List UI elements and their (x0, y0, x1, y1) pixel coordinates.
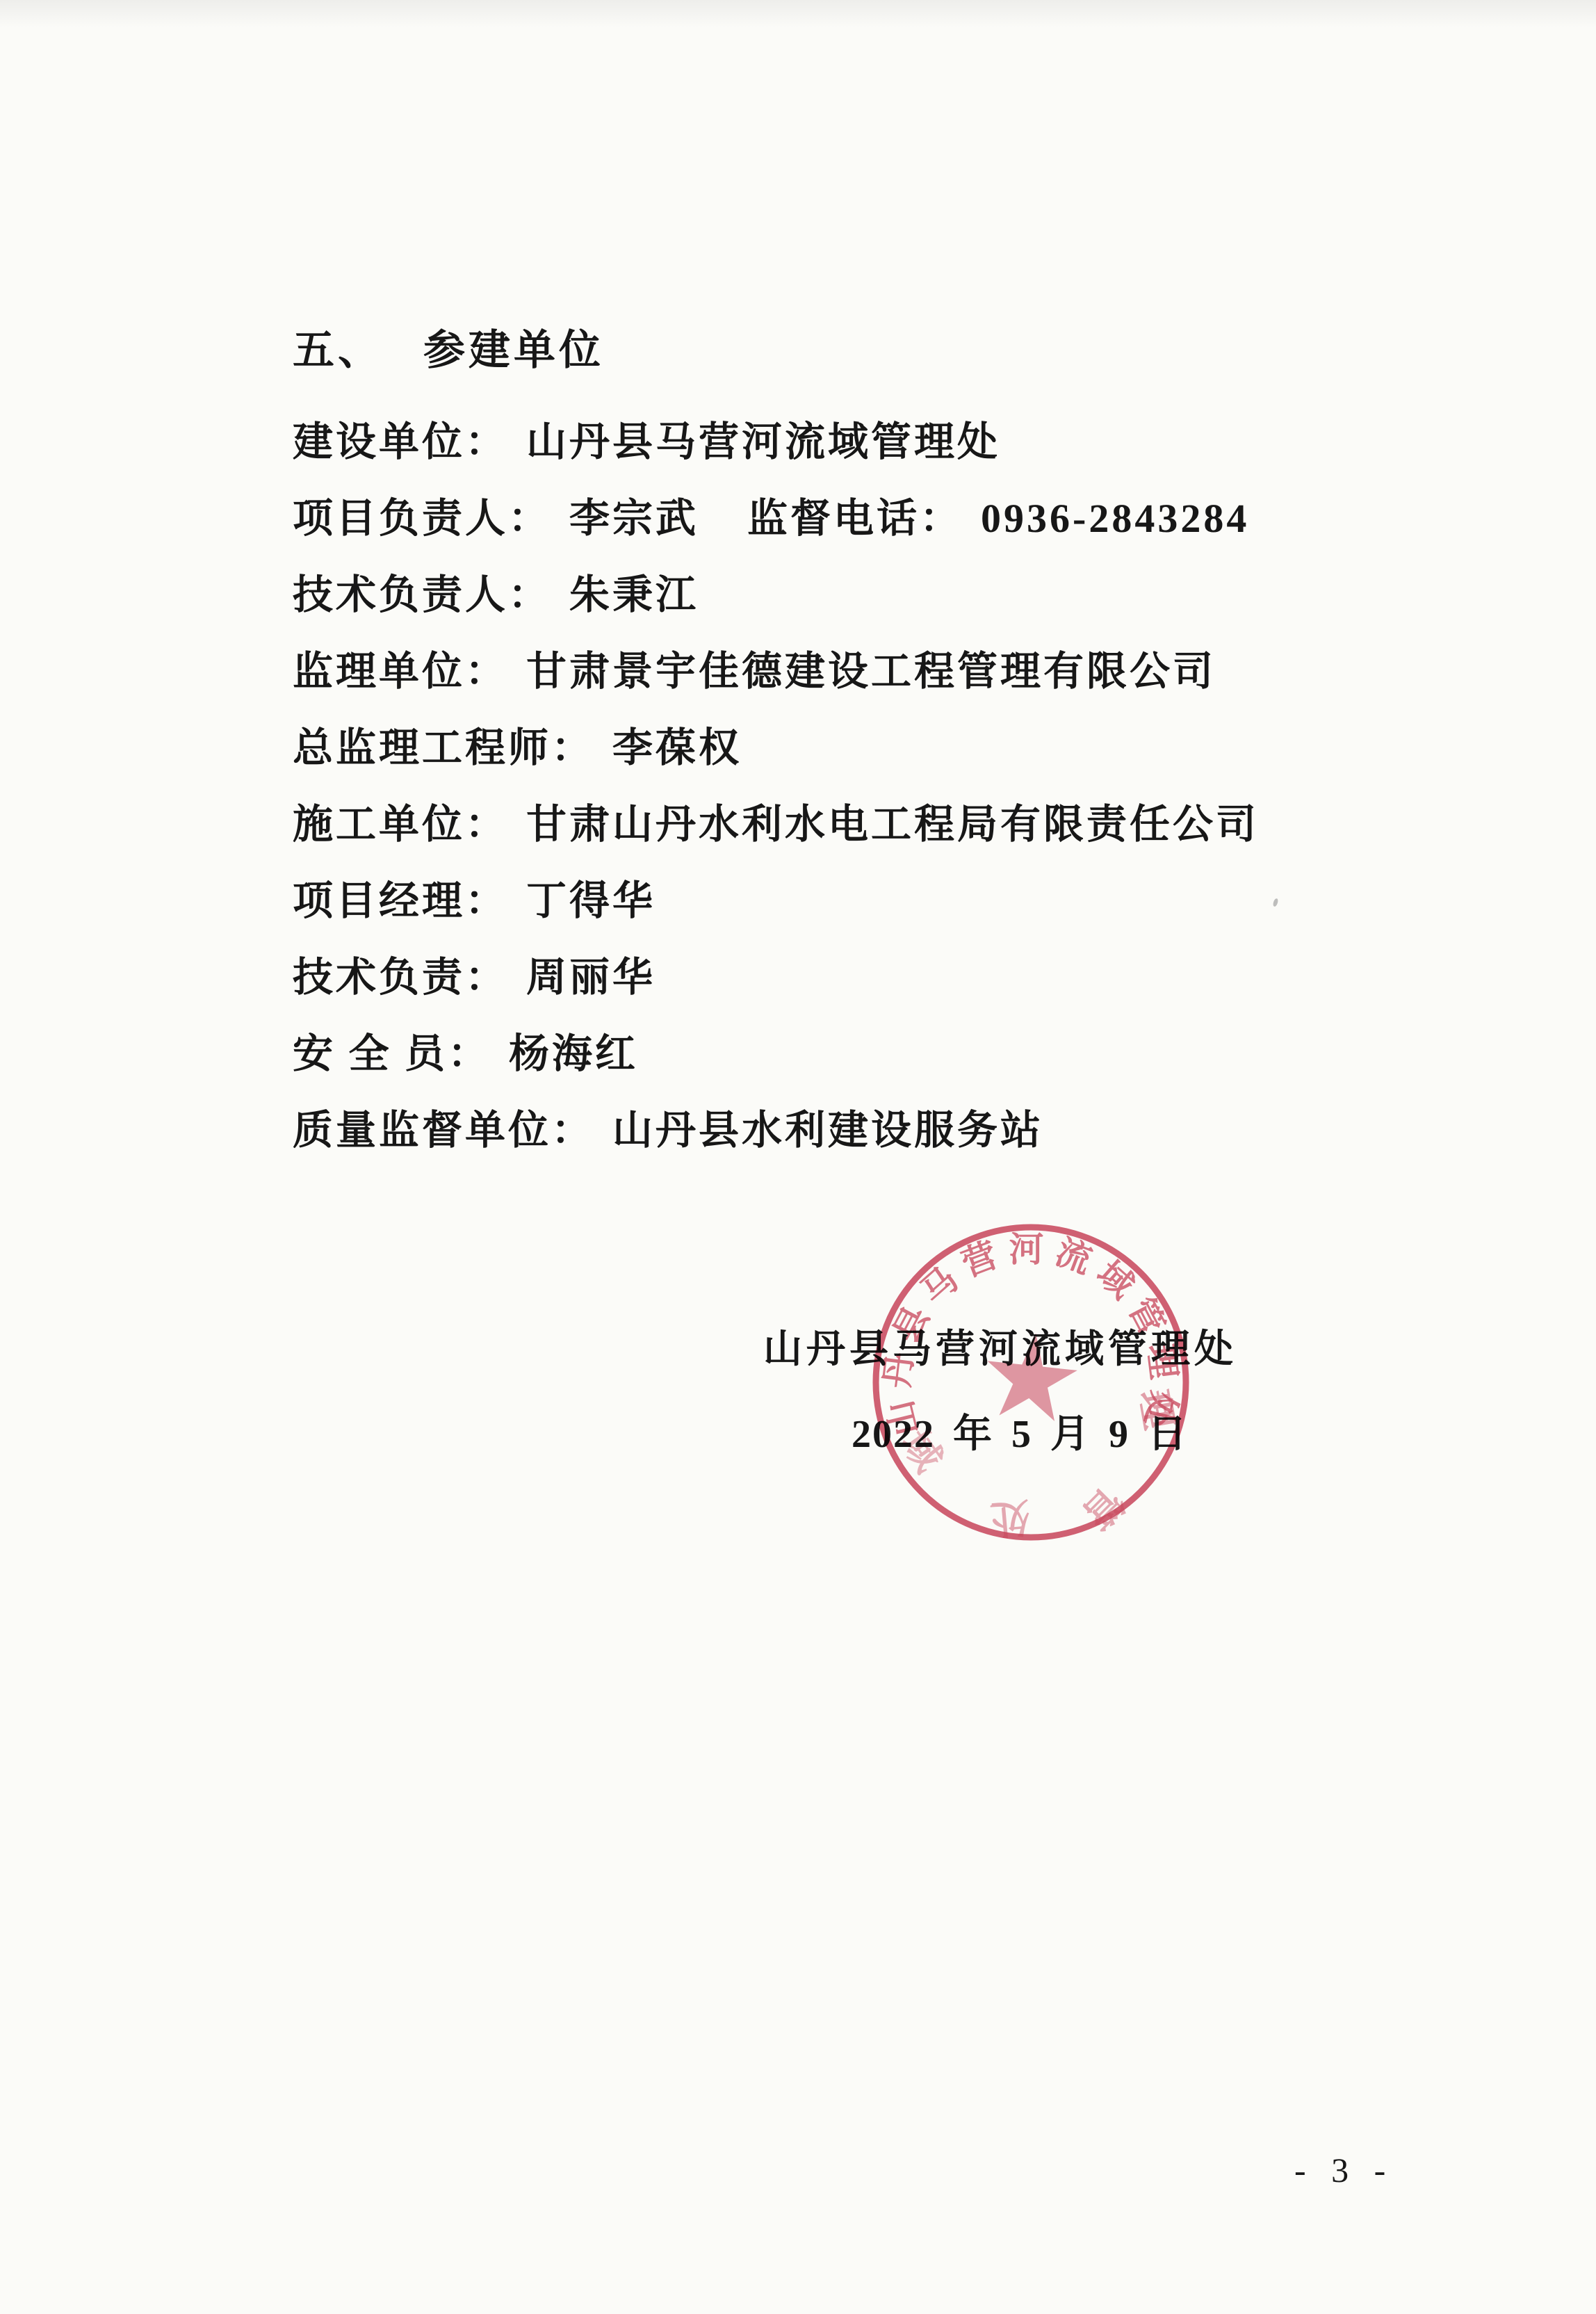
field-value: 0936-2843284 (981, 496, 1249, 541)
official-seal-stamp-icon: 山丹县马营河流域管理处 理 管 处 域 (868, 1219, 1194, 1546)
field-label: 技术负责人： (293, 572, 551, 617)
document-line: 技术负责：周丽华 (293, 944, 655, 1003)
field-label: 监理单位： (293, 649, 508, 694)
document-line: 总监理工程师：李葆权 (293, 715, 742, 773)
scanned-document-page: 五、 参建单位 建设单位：山丹县马营河流域管理处项目负责人：李宗武监督电话：09… (0, 0, 1596, 2314)
document-line: 项目负责人：李宗武监督电话：0936-2843284 (293, 485, 1249, 544)
document-line: 建设单位：山丹县马营河流域管理处 (293, 409, 1000, 467)
stamp-residual-mark: 处 (989, 1494, 1032, 1541)
field-value: 杨海红 (509, 1031, 638, 1076)
page-number: - 3 - (1294, 2150, 1394, 2190)
field-label: 建设单位： (293, 419, 508, 464)
field-label: 安 全 员： (293, 1031, 491, 1076)
field-value: 李葆权 (612, 725, 742, 770)
field-label: 质量监督单位： (293, 1108, 594, 1153)
field-value: 山丹县马营河流域管理处 (526, 419, 1000, 464)
stamp-star-icon (982, 1329, 1081, 1423)
document-line: 项目经理：丁得华 (293, 868, 655, 926)
document-line: 监理单位：甘肃景宇佳德建设工程管理有限公司 (293, 638, 1216, 697)
field-label: 项目负责人： (293, 496, 551, 541)
section-title: 五、 参建单位 (293, 317, 604, 377)
document-line: 技术负责人：朱秉江 (293, 562, 699, 620)
field-value: 丁得华 (526, 878, 655, 923)
document-line: 安 全 员：杨海红 (293, 1021, 638, 1079)
document-line: 质量监督单位：山丹县水利建设服务站 (293, 1097, 1043, 1156)
scan-speckle (1272, 898, 1278, 907)
stamp-residual-mark: 理 (1131, 1386, 1180, 1432)
field-value: 周丽华 (526, 955, 655, 1000)
document-line: 施工单位：甘肃山丹水利水电工程局有限责任公司 (293, 791, 1259, 850)
field-label: 施工单位： (293, 802, 508, 847)
field-label: 项目经理： (293, 878, 508, 923)
field-label: 技术负责： (293, 955, 508, 1000)
field-label: 监督电话： (747, 496, 963, 541)
field-value: 李宗武 (569, 496, 699, 541)
field-value: 甘肃山丹水利水电工程局有限责任公司 (526, 802, 1259, 847)
field-value: 山丹县水利建设服务站 (612, 1108, 1043, 1153)
field-label: 总监理工程师： (293, 725, 594, 770)
field-value: 朱秉江 (569, 572, 699, 617)
field-value: 甘肃景宇佳德建设工程管理有限公司 (526, 649, 1216, 694)
